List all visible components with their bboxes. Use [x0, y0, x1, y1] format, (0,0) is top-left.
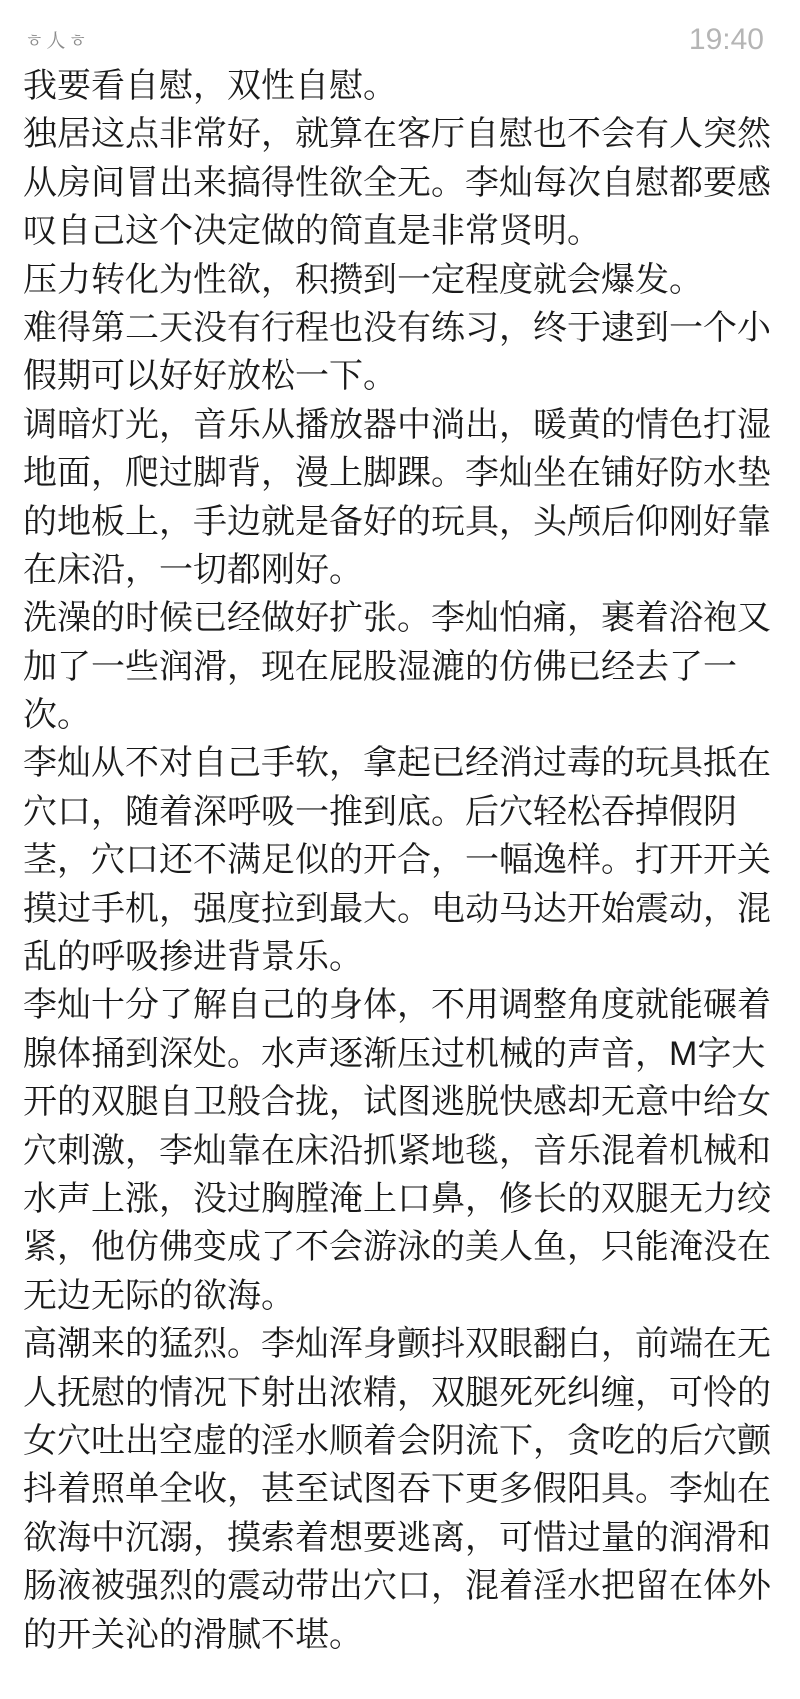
text-line: 无边无际的欲海。 [23, 1272, 779, 1320]
paragraph: 李灿十分了解自己的身体，不用调整角度就能碾着腺体捅到深处。水声逐渐压过机械的声音… [23, 981, 779, 1320]
timestamp: 19:40 [689, 24, 764, 56]
text-line: 从房间冒出来搞得性欲全无。李灿每次自慰都要感 [23, 159, 779, 207]
paragraph: 难得第二天没有行程也没有练习，终于逮到一个小假期可以好好放松一下。 [23, 304, 779, 401]
text-line: 水声上涨，没过胸膛淹上口鼻，修长的双腿无力绞 [23, 1175, 779, 1223]
header-title: ㅎ人ㅎ [25, 31, 90, 53]
text-line: 李灿十分了解自己的身体，不用调整角度就能碾着 [23, 981, 779, 1029]
text-line: 李灿从不对自己手软，拿起已经消过毒的玩具抵在 [23, 739, 779, 787]
text-line: 开的双腿自卫般合拢，试图逃脱快感却无意中给女 [23, 1078, 779, 1126]
text-line: 人抚慰的情况下射出浓精，双腿死死纠缠，可怜的 [23, 1369, 779, 1417]
text-line: 乱的呼吸掺进背景乐。 [23, 933, 779, 981]
text-line: 难得第二天没有行程也没有练习，终于逮到一个小 [23, 304, 779, 352]
text-line: 洗澡的时候已经做好扩张。李灿怕痛，裹着浴袍又 [23, 594, 779, 642]
text-line: 穴刺激，李灿靠在床沿抓紧地毯，音乐混着机械和 [23, 1127, 779, 1175]
text-line: 的开关沁的滑腻不堪。 [23, 1611, 779, 1659]
paragraph: 李灿从不对自己手软，拿起已经消过毒的玩具抵在穴口，随着深呼吸一推到底。后穴轻松吞… [23, 739, 779, 981]
text-line: 次。 [23, 691, 779, 739]
text-line: 调暗灯光，音乐从播放器中淌出，暖黄的情色打湿 [23, 401, 779, 449]
text-line: 高潮来的猛烈。李灿浑身颤抖双眼翻白，前端在无 [23, 1320, 779, 1368]
text-line: 叹自己这个决定做的简直是非常贤明。 [23, 207, 779, 255]
text-line: 茎，穴口还不满足似的开合，一幅逸样。打开开关 [23, 836, 779, 884]
text-line: 加了一些润滑，现在屁股湿漉的仿佛已经去了一 [23, 643, 779, 691]
text-line: 假期可以好好放松一下。 [23, 352, 779, 400]
text-line: 压力转化为性欲，积攒到一定程度就会爆发。 [23, 256, 779, 304]
text-line: 穴口，随着深呼吸一推到底。后穴轻松吞掉假阴 [23, 788, 779, 836]
paragraph: 压力转化为性欲，积攒到一定程度就会爆发。 [23, 256, 779, 304]
text-line: 腺体捅到深处。水声逐渐压过机械的声音，M字大 [23, 1030, 779, 1078]
paragraph: 我要看自慰，双性自慰。 [23, 62, 779, 110]
text-line: 女穴吐出空虚的淫水顺着会阴流下，贪吃的后穴颤 [23, 1417, 779, 1465]
text-line: 抖着照单全收，甚至试图吞下更多假阳具。李灿在 [23, 1465, 779, 1513]
text-line: 在床沿，一切都刚好。 [23, 546, 779, 594]
text-line: 我要看自慰，双性自慰。 [23, 62, 779, 110]
paragraph: 洗澡的时候已经做好扩张。李灿怕痛，裹着浴袍又加了一些润滑，现在屁股湿漉的仿佛已经… [23, 594, 779, 739]
paragraph: 高潮来的猛烈。李灿浑身颤抖双眼翻白，前端在无人抚慰的情况下射出浓精，双腿死死纠缠… [23, 1320, 779, 1659]
reading-page: ㅎ人ㅎ 19:40 我要看自慰，双性自慰。独居这点非常好，就算在客厅自慰也不会有… [0, 0, 800, 1699]
header: ㅎ人ㅎ 19:40 [0, 0, 800, 62]
paragraph: 调暗灯光，音乐从播放器中淌出，暖黄的情色打湿地面，爬过脚背，漫上脚踝。李灿坐在铺… [23, 401, 779, 595]
story-text: 我要看自慰，双性自慰。独居这点非常好，就算在客厅自慰也不会有人突然从房间冒出来搞… [23, 62, 779, 1659]
text-line: 肠液被强烈的震动带出穴口，混着淫水把留在体外 [23, 1562, 779, 1610]
text-line: 地面，爬过脚背，漫上脚踝。李灿坐在铺好防水垫 [23, 449, 779, 497]
text-line: 独居这点非常好，就算在客厅自慰也不会有人突然 [23, 110, 779, 158]
text-line: 摸过手机，强度拉到最大。电动马达开始震动，混 [23, 885, 779, 933]
paragraph: 独居这点非常好，就算在客厅自慰也不会有人突然从房间冒出来搞得性欲全无。李灿每次自… [23, 110, 779, 255]
text-line: 欲海中沉溺，摸索着想要逃离，可惜过量的润滑和 [23, 1514, 779, 1562]
text-line: 的地板上，手边就是备好的玩具，头颅后仰刚好靠 [23, 498, 779, 546]
text-line: 紧，他仿佛变成了不会游泳的美人鱼，只能淹没在 [23, 1223, 779, 1271]
